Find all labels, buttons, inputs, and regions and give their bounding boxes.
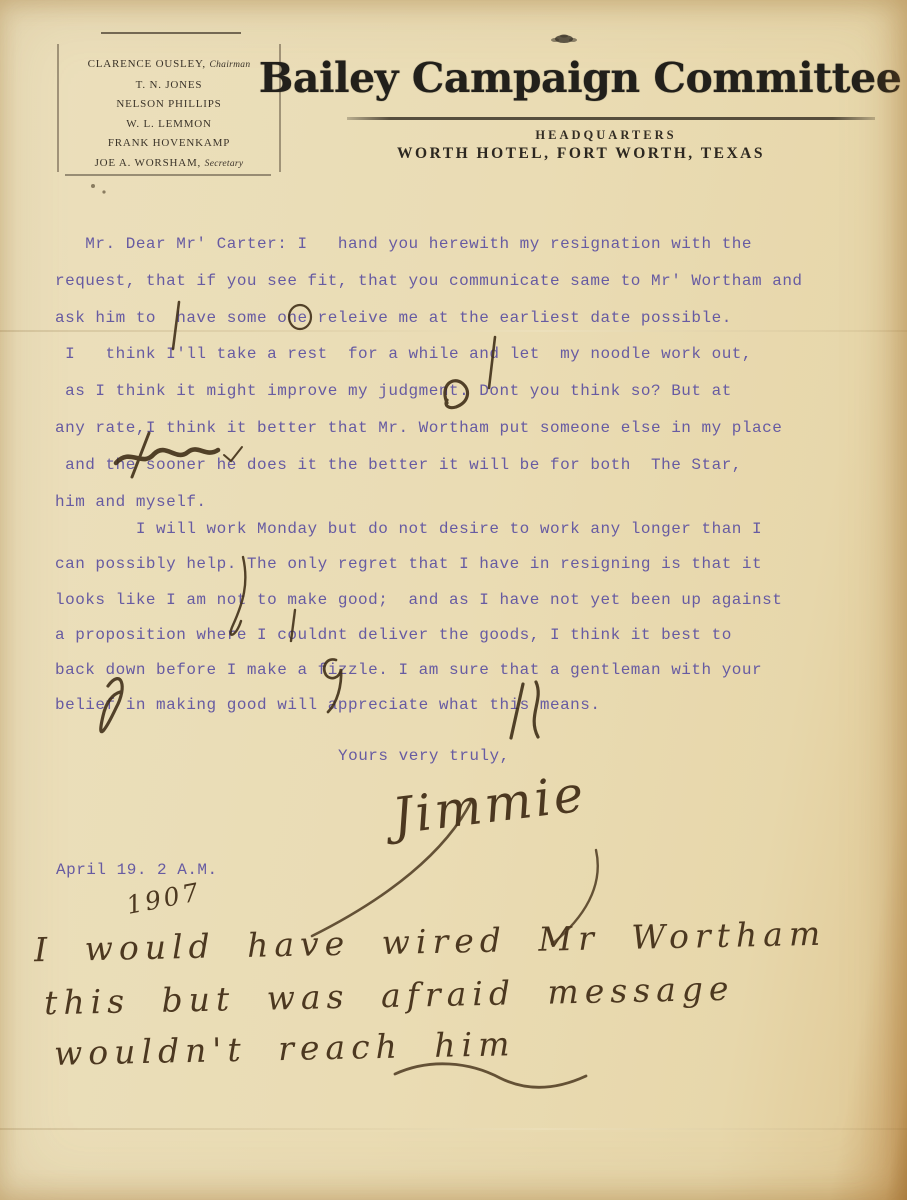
committee-member: W. L. LEMMON <box>59 115 279 135</box>
postscript-line: this but was afraid message <box>44 969 735 1022</box>
committee-member: T. N. JONES <box>59 76 279 96</box>
typed-line: I think I'll take a rest for a while and… <box>55 336 870 373</box>
title-rule <box>347 117 875 120</box>
member-role: Chairman <box>209 60 250 70</box>
letterhead-committee-box: CLARENCE OUSLEY, Chairman T. N. JONES NE… <box>57 44 281 172</box>
postscript-line: I would have wired Mr Wortham <box>34 914 827 970</box>
committee-member: NELSON PHILLIPS <box>59 95 279 115</box>
typed-line: can possibly help. The only regret that … <box>55 547 870 582</box>
typed-line: back down before I make a fizzle. I am s… <box>55 653 870 688</box>
typed-line: and the sooner he does it the better it … <box>55 447 870 484</box>
typed-line: a proposition where I couldnt deliver th… <box>55 618 870 653</box>
committee-member: CLARENCE OUSLEY, Chairman <box>59 55 279 76</box>
crest-ornament-icon <box>547 33 581 46</box>
ink-speck <box>91 184 95 188</box>
signature: Jimmie <box>389 764 589 845</box>
typed-line: belief in making good will appreciate wh… <box>55 688 870 723</box>
letter-paragraph-1: Mr. Dear Mr' Carter: I hand you herewith… <box>55 226 870 520</box>
typed-line: looks like I am not to make good; and as… <box>55 583 870 618</box>
member-name: NELSON PHILLIPS <box>116 98 221 110</box>
typed-line: request, that if you see fit, that you c… <box>55 263 870 300</box>
member-role: Secretary <box>205 159 244 169</box>
typed-line: ask him to have some one releive me at t… <box>55 300 870 337</box>
letter-page: CLARENCE OUSLEY, Chairman T. N. JONES NE… <box>0 0 907 1200</box>
typed-line: I will work Monday but do not desire to … <box>55 512 870 547</box>
committee-member: JOE A. WORSHAM, Secretary <box>59 154 279 175</box>
headquarters-address: WORTH HOTEL, FORT WORTH, TEXAS <box>397 145 765 163</box>
member-name: T. N. JONES <box>136 79 203 91</box>
fold-crease <box>0 1128 907 1130</box>
closing-salutation: Yours very truly, <box>338 747 510 765</box>
member-name: W. L. LEMMON <box>126 118 212 130</box>
postscript-flourish <box>395 1064 586 1087</box>
member-name: FRANK HOVENKAMP <box>108 137 230 149</box>
committee-member: FRANK HOVENKAMP <box>59 134 279 154</box>
handwritten-year: 1907 <box>124 877 204 920</box>
typed-dateline: April 19. 2 A.M. <box>56 861 218 879</box>
member-name: CLARENCE OUSLEY, <box>88 58 206 70</box>
page-title: Bailey Campaign Committee <box>259 54 902 102</box>
headquarters-label: HEADQUARTERS <box>535 128 676 143</box>
postscript-line: wouldn't reach him <box>54 1024 516 1073</box>
typed-line: any rate,I think it better that Mr. Wort… <box>55 410 870 447</box>
ink-speck <box>102 190 105 193</box>
typed-line: as I think it might improve my judgment.… <box>55 373 870 410</box>
member-name: JOE A. WORSHAM, <box>95 157 202 169</box>
letter-paragraph-2: I will work Monday but do not desire to … <box>55 512 870 724</box>
typed-line: Mr. Dear Mr' Carter: I hand you herewith… <box>55 226 870 263</box>
